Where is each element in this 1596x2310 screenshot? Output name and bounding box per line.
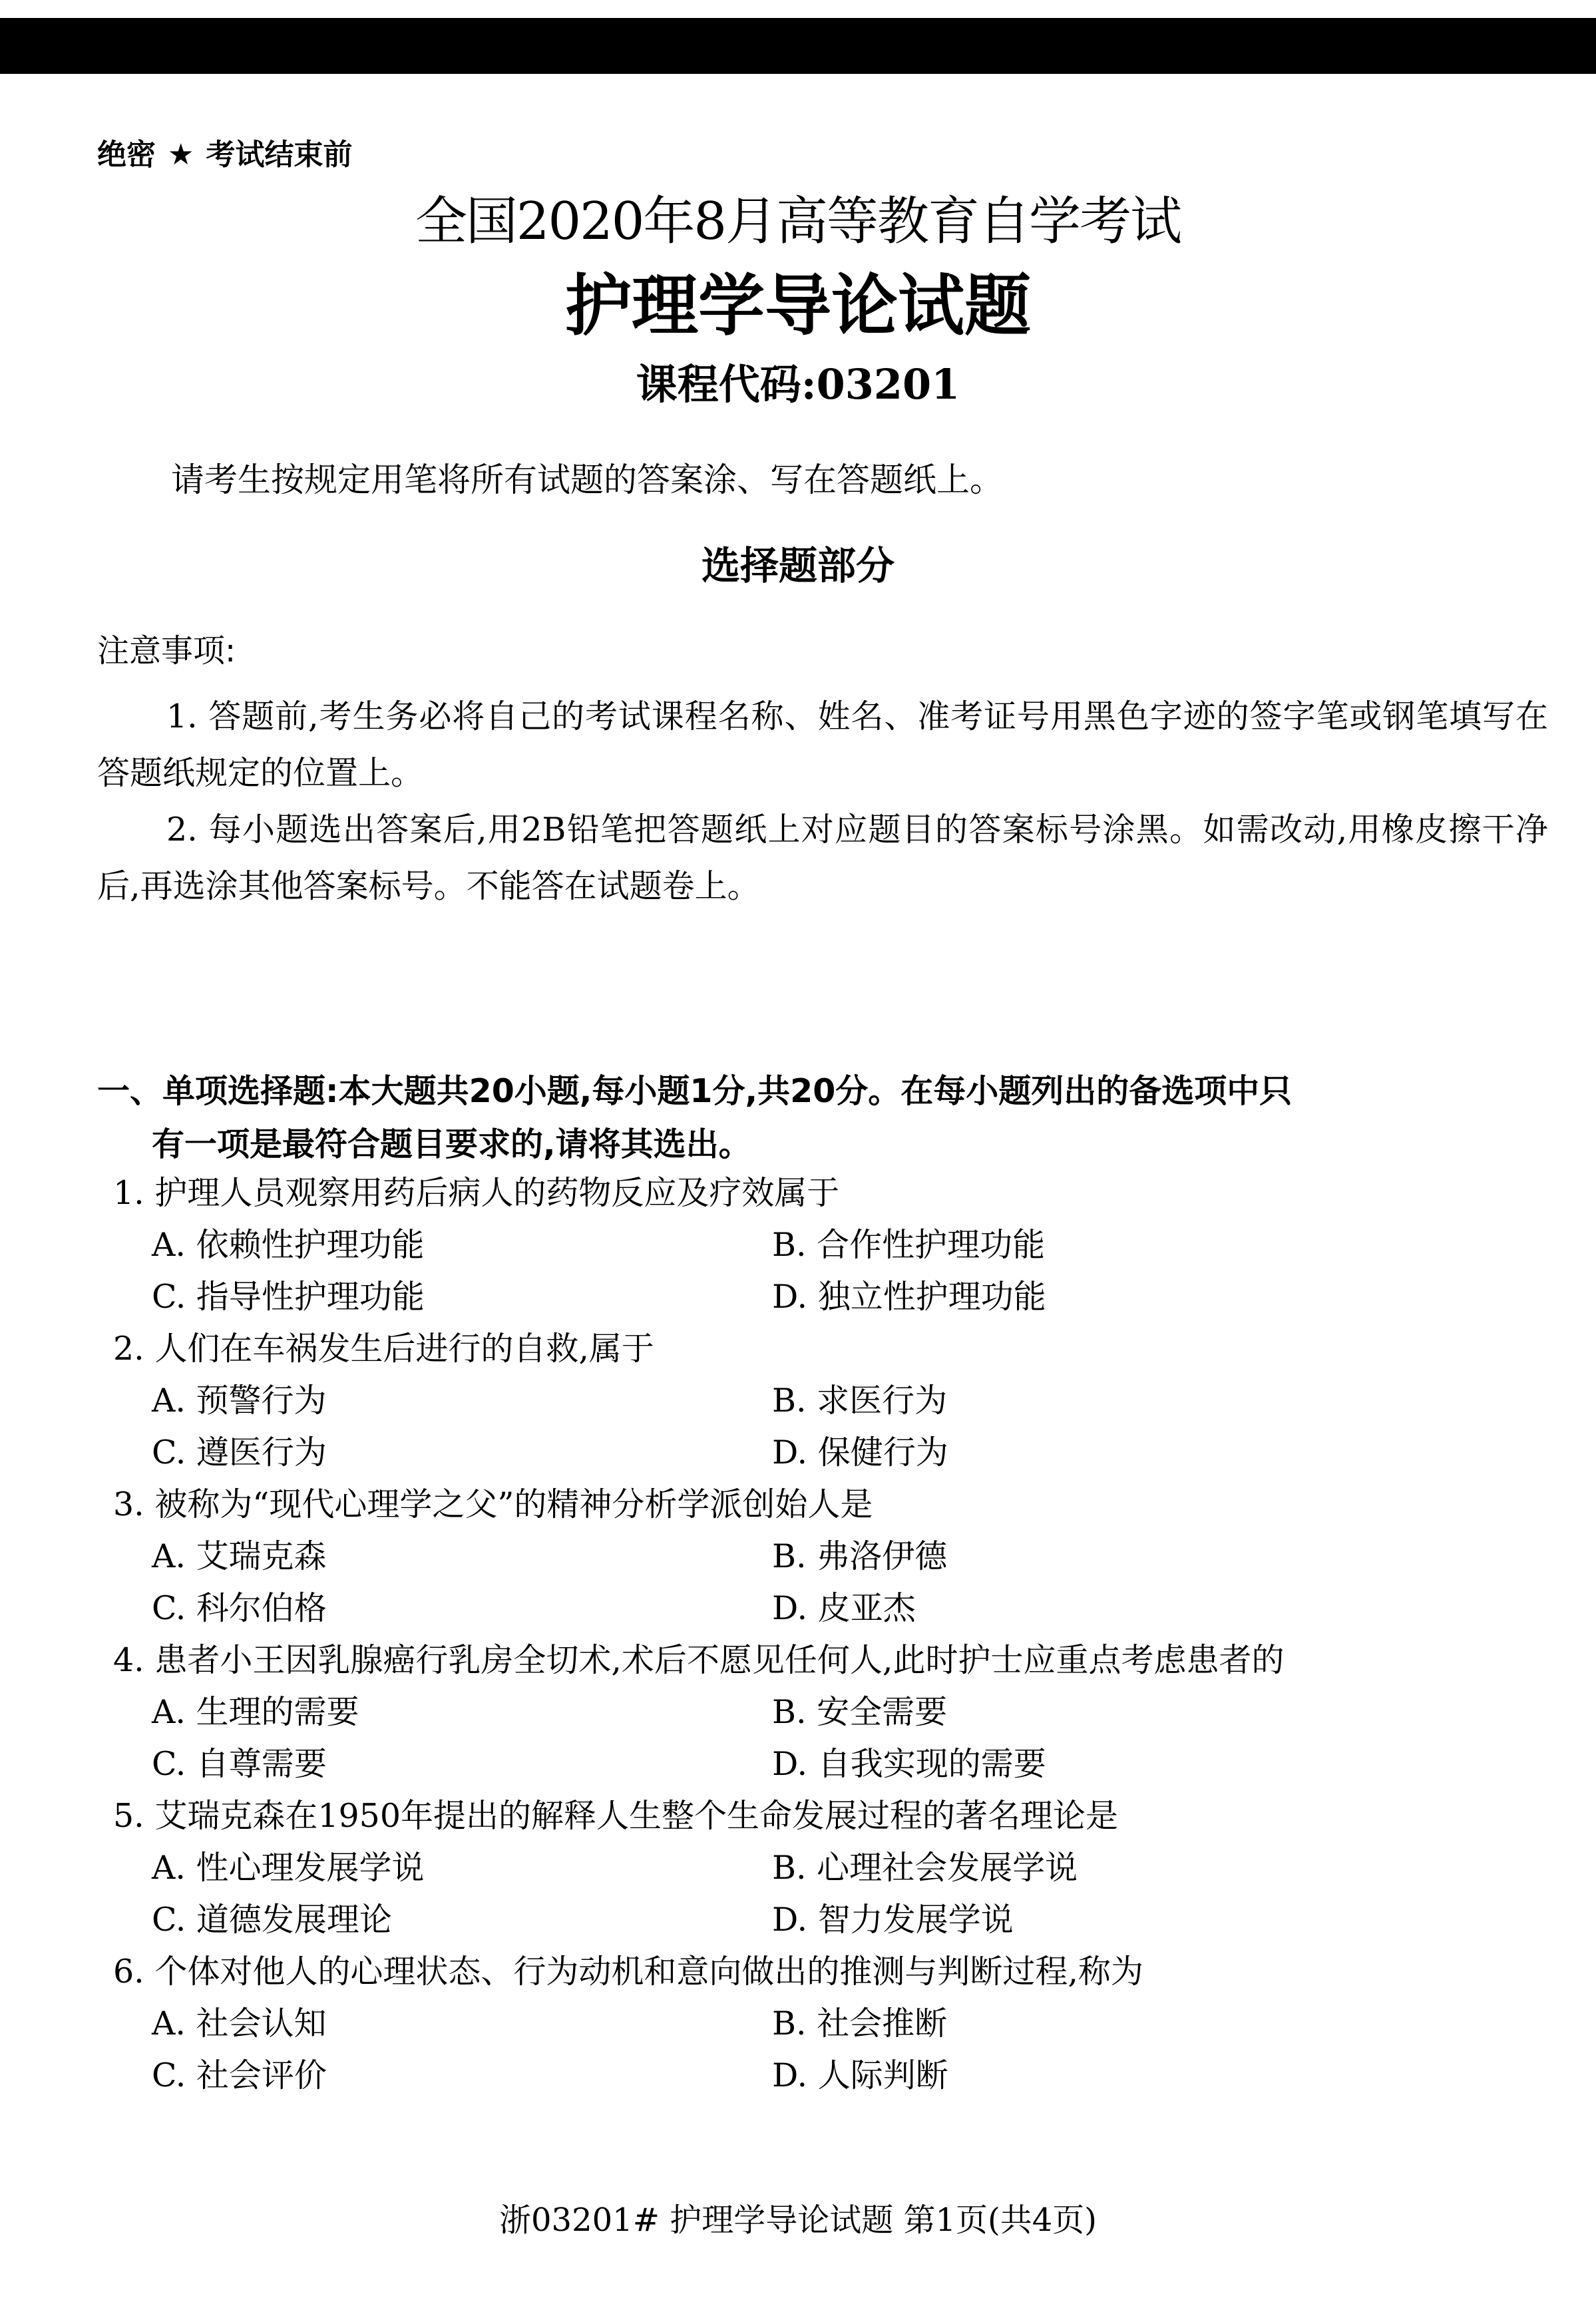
option-d: D. 智力发展学说 [772,1894,1392,1946]
option-c: C. 社会评价 [152,2050,772,2102]
notes-list: 1. 答题前,考生务必将自己的考试课程名称、姓名、准考证号用黑色字迹的签字笔或钢… [97,688,1548,914]
question-6: 6. 个体对他人的心理状态、行为动机和意向做出的推测与判断过程,称为 A. 社会… [113,1946,1511,2102]
option-grid: A. 社会认知 B. 社会推断 C. 社会评价 D. 人际判断 [113,1998,1511,2102]
note-item: 2. 每小题选出答案后,用2B铅笔把答题纸上对应题目的答案标号涂黑。如需改动,用… [97,801,1548,914]
question-stem: 6. 个体对他人的心理状态、行为动机和意向做出的推测与判断过程,称为 [113,1946,1511,1998]
section-header: 一、单项选择题:本大题共20小题,每小题1分,共20分。在每小题列出的备选项中只… [97,1065,1528,1171]
answer-instruction: 请考生按规定用笔将所有试题的答案涂、写在答题纸上。 [171,459,1003,500]
part-title: 选择题部分 [0,542,1596,590]
question-1: 1. 护理人员观察用药后病人的药物反应及疗效属于 A. 依赖性护理功能 B. 合… [113,1167,1511,1323]
question-list: 1. 护理人员观察用药后病人的药物反应及疗效属于 A. 依赖性护理功能 B. 合… [113,1167,1511,2102]
confidential-label: 绝密★考试结束前 [97,136,352,174]
option-b: B. 心理社会发展学说 [772,1842,1392,1894]
course-code: 课程代码:03201 [0,359,1596,410]
option-b: B. 合作性护理功能 [772,1219,1392,1271]
option-a: A. 生理的需要 [152,1686,772,1738]
question-stem: 4. 患者小王因乳腺癌行乳房全切术,术后不愿见任何人,此时护士应重点考虑患者的 [113,1635,1511,1686]
question-4: 4. 患者小王因乳腺癌行乳房全切术,术后不愿见任何人,此时护士应重点考虑患者的 … [113,1635,1511,1790]
option-d: D. 保健行为 [772,1427,1392,1479]
option-d: D. 独立性护理功能 [772,1271,1392,1323]
question-stem: 5. 艾瑞克森在1950年提出的解释人生整个生命发展过程的著名理论是 [113,1790,1511,1842]
option-d: D. 皮亚杰 [772,1583,1392,1635]
question-stem: 3. 被称为“现代心理学之父”的精神分析学派创始人是 [113,1479,1511,1531]
confidential-left-text: 绝密 [97,138,156,172]
notes-title: 注意事项: [97,631,236,671]
option-grid: A. 性心理发展学说 B. 心理社会发展学说 C. 道德发展理论 D. 智力发展… [113,1842,1511,1946]
top-black-bar [0,18,1596,74]
exam-title: 全国2020年8月高等教育自学考试 [0,190,1596,254]
question-3: 3. 被称为“现代心理学之父”的精神分析学派创始人是 A. 艾瑞克森 B. 弗洛… [113,1479,1511,1635]
option-c: C. 道德发展理论 [152,1894,772,1946]
option-grid: A. 生理的需要 B. 安全需要 C. 自尊需要 D. 自我实现的需要 [113,1686,1511,1790]
option-b: B. 安全需要 [772,1686,1392,1738]
paper-title: 护理学导论试题 [0,268,1596,345]
section-header-line2: 有一项是最符合题目要求的,请将其选出。 [97,1118,1528,1171]
option-c: C. 科尔伯格 [152,1583,772,1635]
option-b: B. 社会推断 [772,1998,1392,2050]
question-stem: 2. 人们在车祸发生后进行的自救,属于 [113,1323,1511,1375]
question-stem: 1. 护理人员观察用药后病人的药物反应及疗效属于 [113,1167,1511,1219]
question-2: 2. 人们在车祸发生后进行的自救,属于 A. 预警行为 B. 求医行为 C. 遵… [113,1323,1511,1479]
option-c: C. 自尊需要 [152,1738,772,1790]
option-a: A. 预警行为 [152,1375,772,1427]
section-header-line1: 一、单项选择题:本大题共20小题,每小题1分,共20分。在每小题列出的备选项中只 [97,1072,1292,1110]
option-c: C. 遵医行为 [152,1427,772,1479]
option-a: A. 社会认知 [152,1998,772,2050]
option-a: A. 依赖性护理功能 [152,1219,772,1271]
option-c: C. 指导性护理功能 [152,1271,772,1323]
option-d: D. 人际判断 [772,2050,1392,2102]
page-footer: 浙03201# 护理学导论试题 第1页(共4页) [0,2200,1596,2241]
option-grid: A. 预警行为 B. 求医行为 C. 遵医行为 D. 保健行为 [113,1375,1511,1479]
option-b: B. 弗洛伊德 [772,1531,1392,1583]
option-d: D. 自我实现的需要 [772,1738,1392,1790]
option-b: B. 求医行为 [772,1375,1392,1427]
option-grid: A. 依赖性护理功能 B. 合作性护理功能 C. 指导性护理功能 D. 独立性护… [113,1219,1511,1323]
note-item: 1. 答题前,考生务必将自己的考试课程名称、姓名、准考证号用黑色字迹的签字笔或钢… [97,688,1548,801]
option-grid: A. 艾瑞克森 B. 弗洛伊德 C. 科尔伯格 D. 皮亚杰 [113,1531,1511,1635]
option-a: A. 性心理发展学说 [152,1842,772,1894]
confidential-right-text: 考试结束前 [206,138,352,172]
question-5: 5. 艾瑞克森在1950年提出的解释人生整个生命发展过程的著名理论是 A. 性心… [113,1790,1511,1946]
option-a: A. 艾瑞克森 [152,1531,772,1583]
star-icon: ★ [168,138,194,172]
